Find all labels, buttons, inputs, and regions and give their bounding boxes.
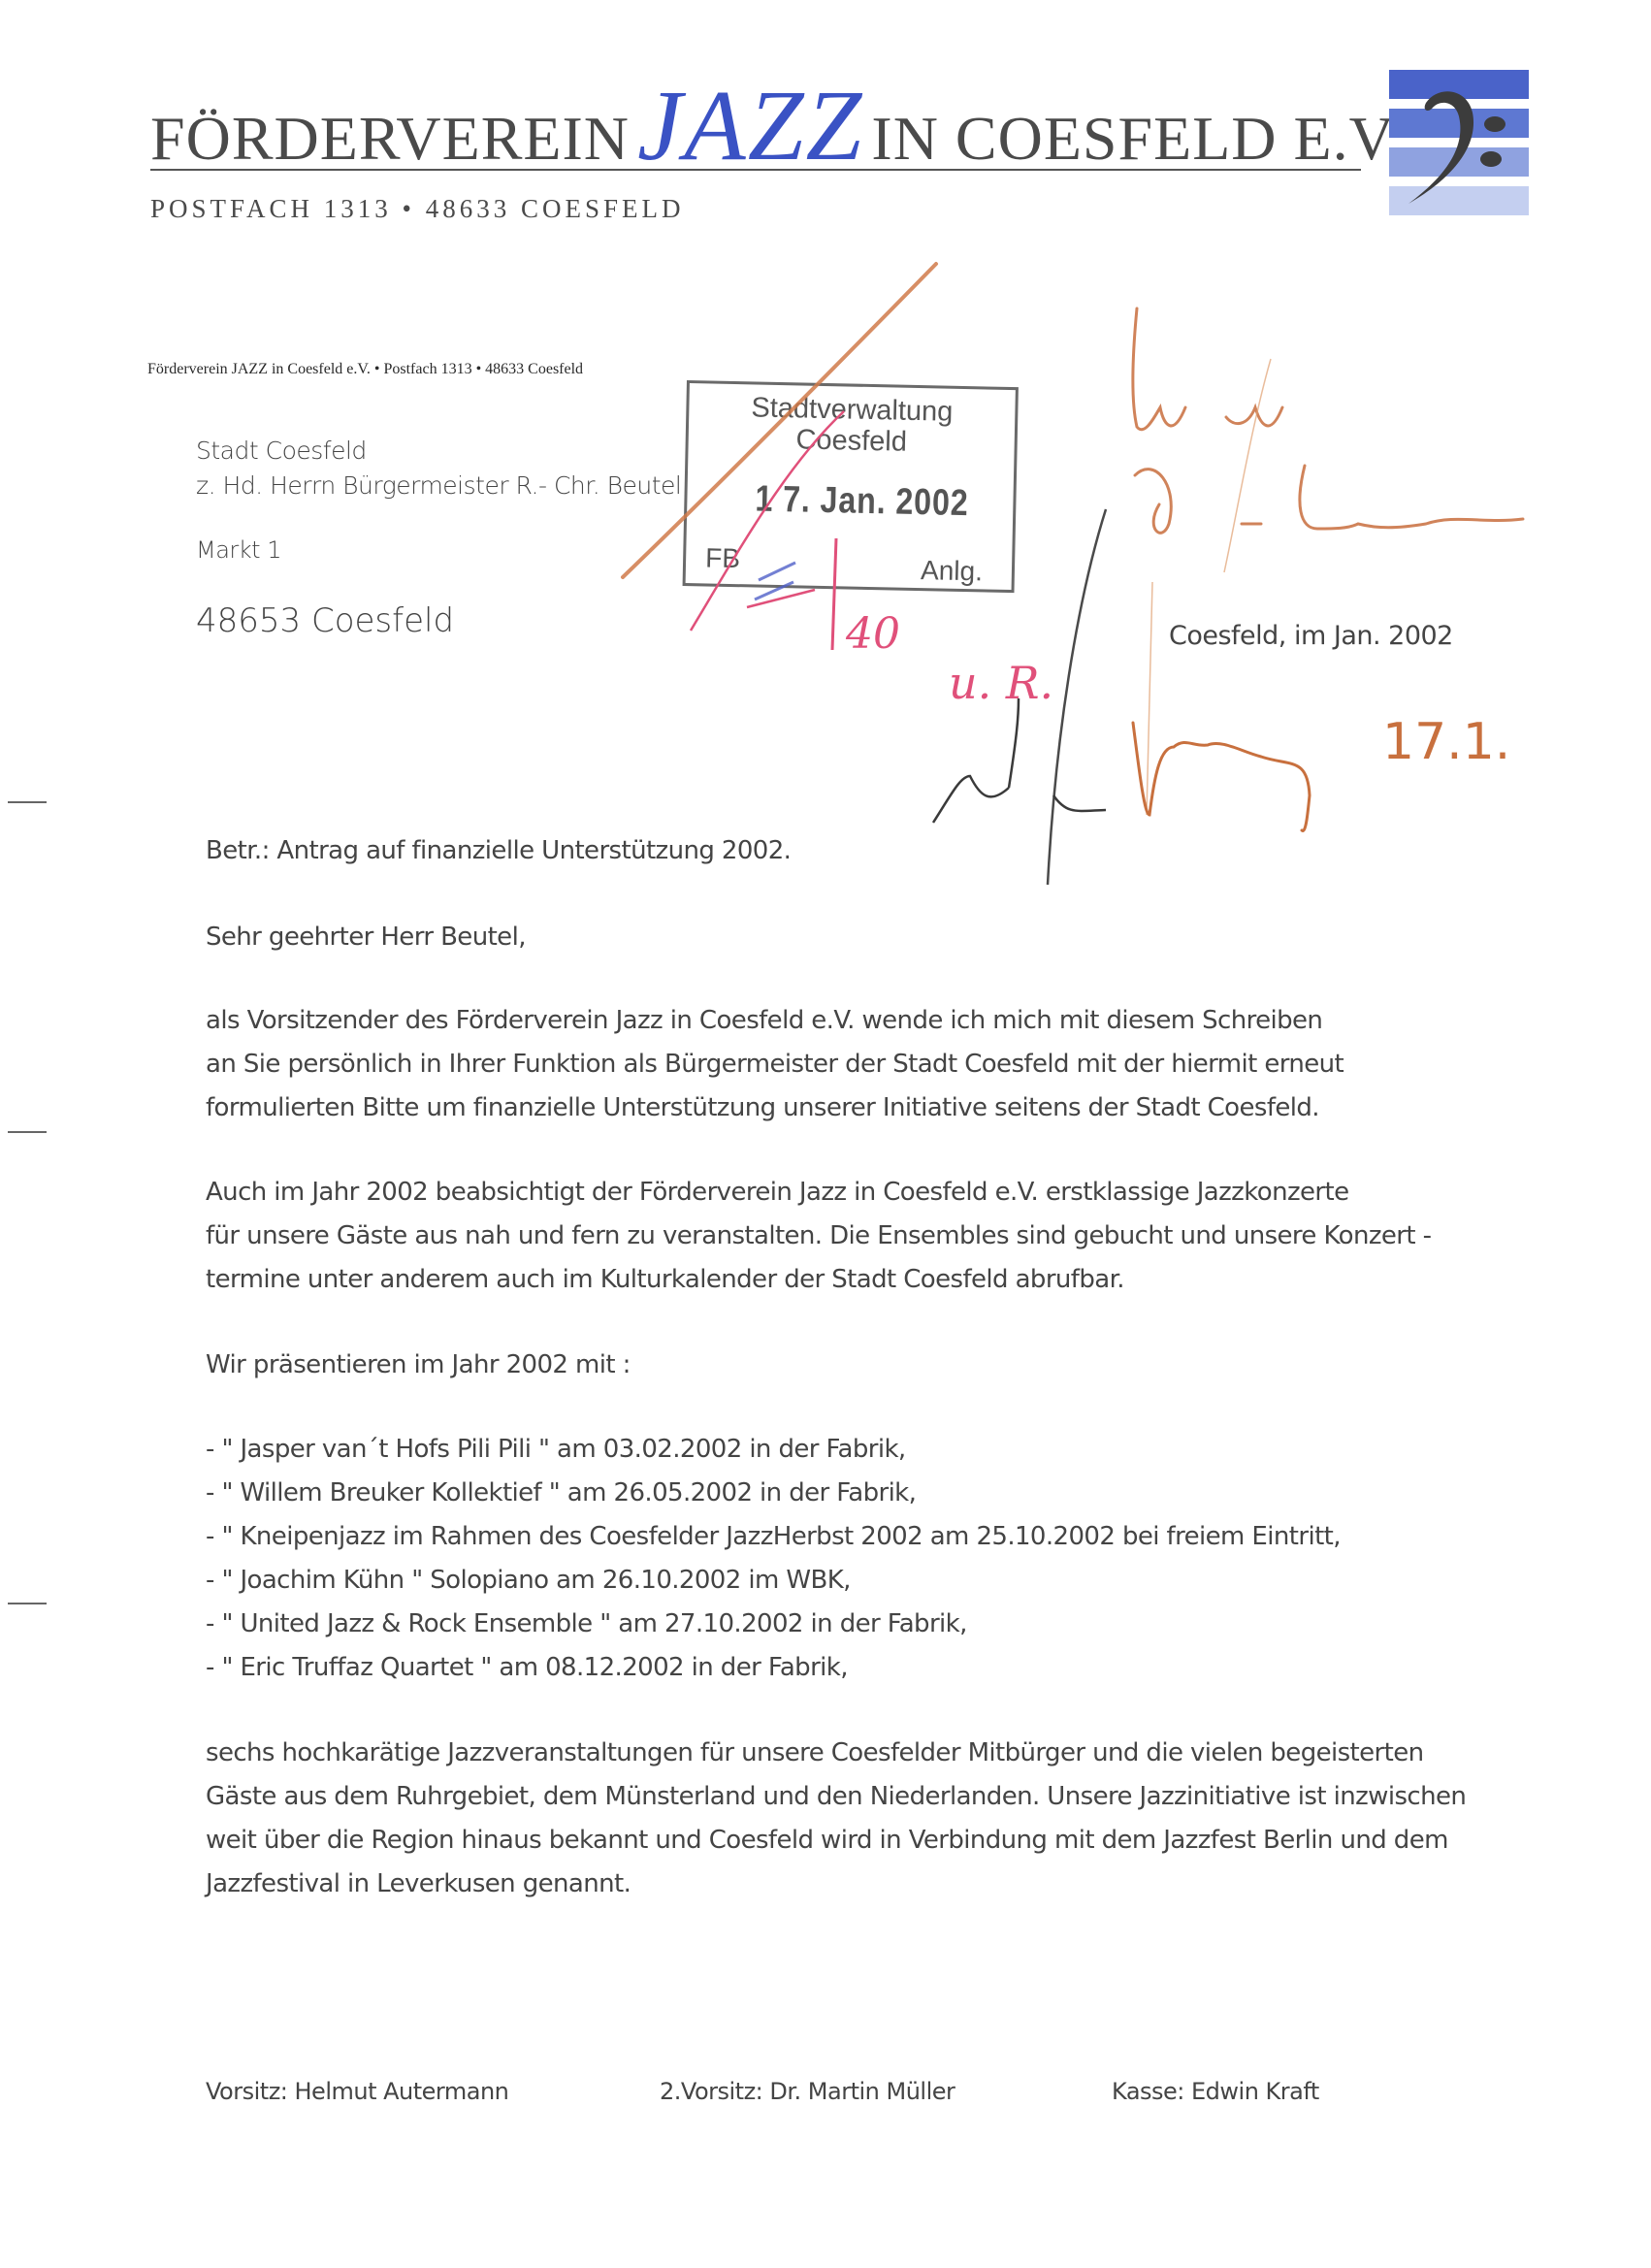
letterhead-rule [150,169,1361,171]
letterhead-title: FÖRDERVEREINJAZZIN COESFELD E.V. [150,68,1404,183]
stamp-fb-label: FB [705,542,740,574]
letter-date: Coesfeld, im Jan. 2002 [1169,621,1453,651]
paragraph-line: sechs hochkarätige Jazzveranstaltungen f… [206,1732,1466,1775]
paragraph-3: sechs hochkarätige Jazzveranstaltungen f… [206,1732,1466,1906]
handwriting-overlay: 17.1. 40 u. R. [0,0,1651,2268]
paragraph-1: als Vorsitzender des Förderverein Jazz i… [206,999,1343,1130]
paragraph-line: für unsere Gäste aus nah und fern zu ver… [206,1215,1431,1258]
paragraph-line: weit über die Region hinaus bekannt und … [206,1819,1466,1863]
recipient-city: 48653 Coesfeld [196,601,454,640]
event-item: - " Jasper van´t Hofs Pili Pili " am 03.… [206,1428,1341,1472]
pink-initials-note: u. R. [949,657,1053,709]
paragraph-line: an Sie persönlich in Ihrer Funktion als … [206,1043,1343,1086]
footer-vice-chair: 2.Vorsitz: Dr. Martin Müller [660,2078,955,2105]
stamp-line2: Coesfeld [688,422,1015,461]
org-name-part2: IN COESFELD E.V. [871,104,1403,173]
footer-chair: Vorsitz: Helmut Autermann [206,2078,508,2105]
subject-line: Betr.: Antrag auf finanzielle Unterstütz… [206,829,791,873]
events-intro: Wir präsentieren im Jahr 2002 mit : [206,1344,631,1387]
paragraph-line: termine unter anderem auch im Kulturkale… [206,1258,1431,1302]
salutation: Sehr geehrter Herr Beutel, [206,916,526,959]
bass-clef-icon [1389,70,1529,215]
org-name-jazz: JAZZ [637,70,863,181]
paragraph-2: Auch im Jahr 2002 beabsichtigt der Förde… [206,1171,1431,1302]
fold-mark [8,1603,47,1604]
event-item: - " Willem Breuker Kollektief " am 26.05… [206,1472,1341,1515]
orange-date-note: 17.1. [1382,713,1510,771]
received-stamp: Stadtverwaltung Coesfeld 1 7. Jan. 2002 … [683,380,1019,593]
pink-number-note: 40 [845,609,900,659]
letterhead-address: POSTFACH 1313 • 48633 COESFELD [150,194,685,224]
fold-mark [8,1131,47,1133]
paragraph-line: formulierten Bitte um finanzielle Unters… [206,1086,1343,1130]
event-item: - " United Jazz & Rock Ensemble " am 27.… [206,1603,1341,1646]
stamp-date: 1 7. Jan. 2002 [755,479,969,526]
org-name-part1: FÖRDERVEREIN [150,104,630,173]
fold-mark [8,801,47,803]
recipient-line1: Stadt Coesfeld [196,437,367,465]
stamp-anlg-label: Anlg. [921,555,983,587]
paragraph-line: Jazzfestival in Leverkusen genannt. [206,1863,1466,1906]
recipient-line2: z. Hd. Herrn Bürgermeister R.- Chr. Beut… [196,471,681,500]
recipient-street: Markt 1 [196,536,281,564]
event-item: - " Joachim Kühn " Solopiano am 26.10.20… [206,1559,1341,1603]
sender-return-address: Förderverein JAZZ in Coesfeld e.V. • Pos… [147,361,583,378]
events-list: - " Jasper van´t Hofs Pili Pili " am 03.… [206,1428,1341,1690]
paragraph-line: Auch im Jahr 2002 beabsichtigt der Förde… [206,1171,1431,1215]
footer-treasurer: Kasse: Edwin Kraft [1112,2078,1319,2105]
event-item: - " Eric Truffaz Quartet " am 08.12.2002… [206,1646,1341,1690]
paragraph-line: als Vorsitzender des Förderverein Jazz i… [206,999,1343,1043]
event-item: - " Kneipenjazz im Rahmen des Coesfelder… [206,1515,1341,1559]
paragraph-line: Gäste aus dem Ruhrgebiet, dem Münsterlan… [206,1775,1466,1819]
